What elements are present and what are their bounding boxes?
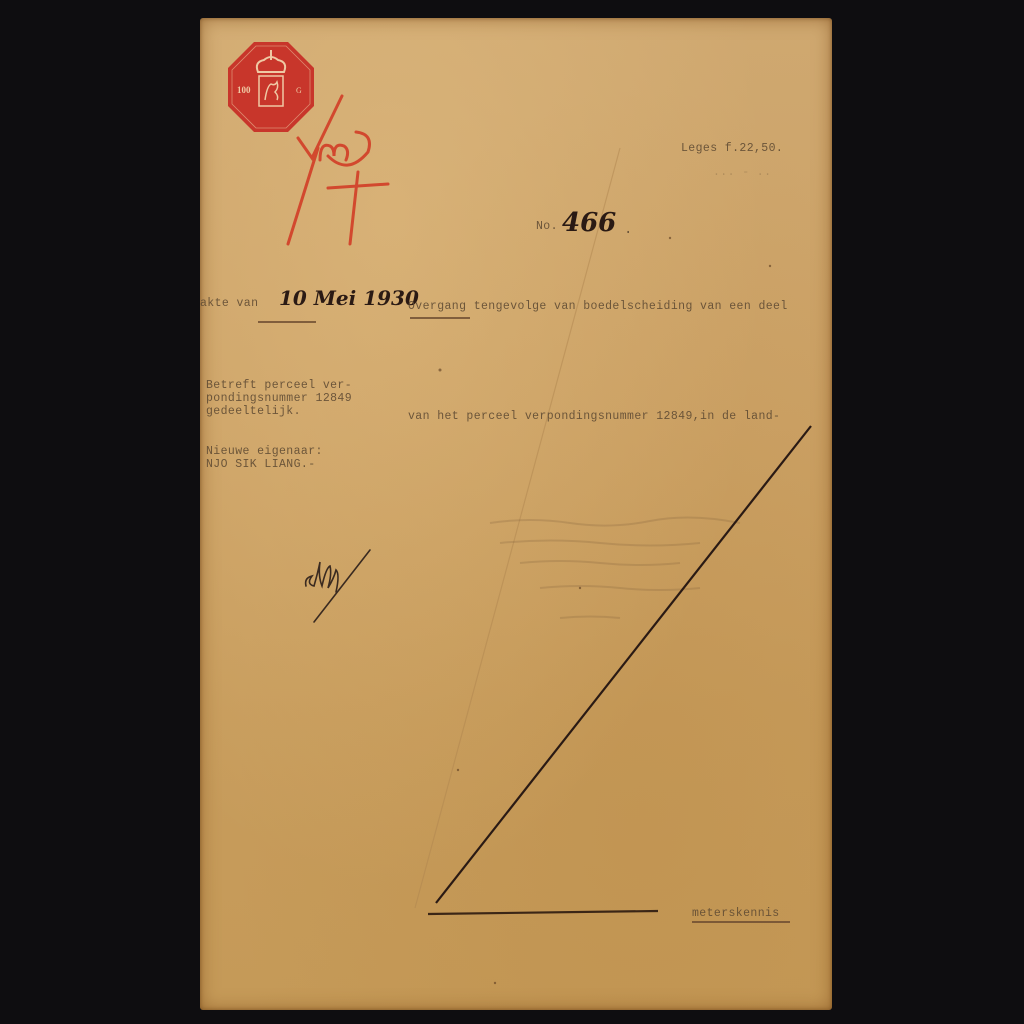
deed-document-page: 100 G Leges f.22,50. ... - .. No. 466 . … [200,18,832,1010]
strike-out-lines [200,18,832,1010]
footer-underline [692,921,790,923]
footer-word: meterskennis [692,907,780,920]
